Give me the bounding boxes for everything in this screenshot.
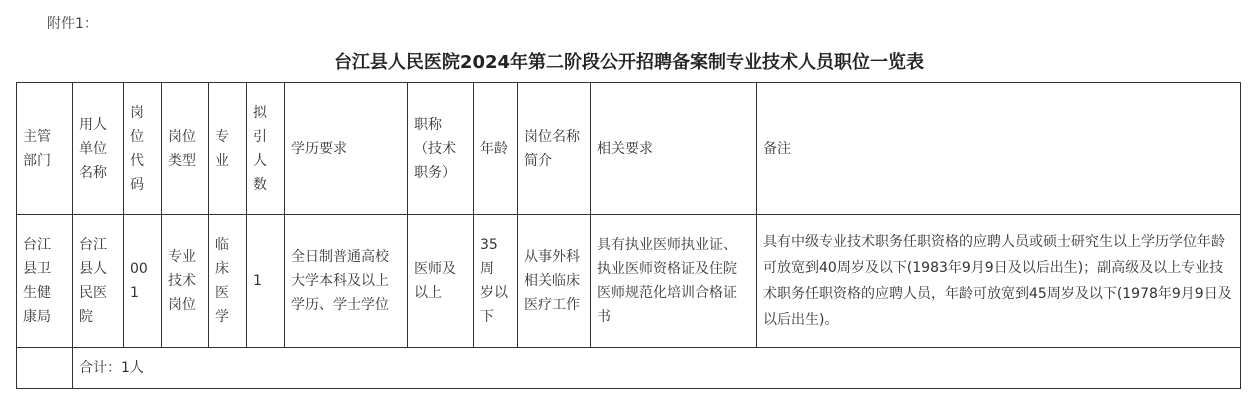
cell-age: 35周 岁以 下 [474,215,518,348]
cell-title: 医师及 以上 [408,215,474,348]
header-remarks: 备注 [757,83,1241,215]
total-label: 合计：1人 [73,348,1241,389]
header-code: 岗 位 代 码 [124,83,162,215]
cell-position-intro: 从事外科 相关临床 医疗工作 [518,215,591,348]
header-row: 主管 部门 用人 单位 名称 岗 位 代 码 岗位 类型 专 业 拟 引 人 数… [17,83,1241,215]
cell-remarks: 具有中级专业技术职务任职资格的应聘人员或硕士研究生以上学历学位年龄可放宽到40周… [757,215,1241,348]
table-row: 台江 县卫 生健 康局 台江 县人 民医 院 001 专业 技术 岗位 临 床 … [17,215,1241,348]
cell-major: 临 床 医 学 [209,215,247,348]
header-position-intro: 岗位名称 简介 [518,83,591,215]
cell-code: 001 [124,215,162,348]
total-row: 合计：1人 [17,348,1241,389]
cell-dept: 台江 县卫 生健 康局 [17,215,73,348]
attachment-label: 附件1： [47,13,98,33]
cell-education: 全日制普通高校 大学本科及以上 学历、学士学位 [285,215,408,348]
header-age: 年龄 [474,83,518,215]
header-type: 岗位 类型 [162,83,209,215]
cell-requirements: 具有执业医师执业证、 执业医师资格证及住院 医师规范化培训合格证 书 [591,215,757,348]
cell-unit: 台江 县人 民医 院 [73,215,124,348]
total-empty-cell [17,348,73,389]
header-education: 学历要求 [285,83,408,215]
cell-count: 1 [247,215,285,348]
header-requirements: 相关要求 [591,83,757,215]
page-title: 台江县人民医院2024年第二阶段公开招聘备案制专业技术人员职位一览表 [0,48,1258,74]
header-dept: 主管 部门 [17,83,73,215]
header-title: 职称 （技术 职务） [408,83,474,215]
header-unit: 用人 单位 名称 [73,83,124,215]
positions-table: 主管 部门 用人 单位 名称 岗 位 代 码 岗位 类型 专 业 拟 引 人 数… [16,82,1241,389]
cell-type: 专业 技术 岗位 [162,215,209,348]
header-count: 拟 引 人 数 [247,83,285,215]
header-major: 专 业 [209,83,247,215]
